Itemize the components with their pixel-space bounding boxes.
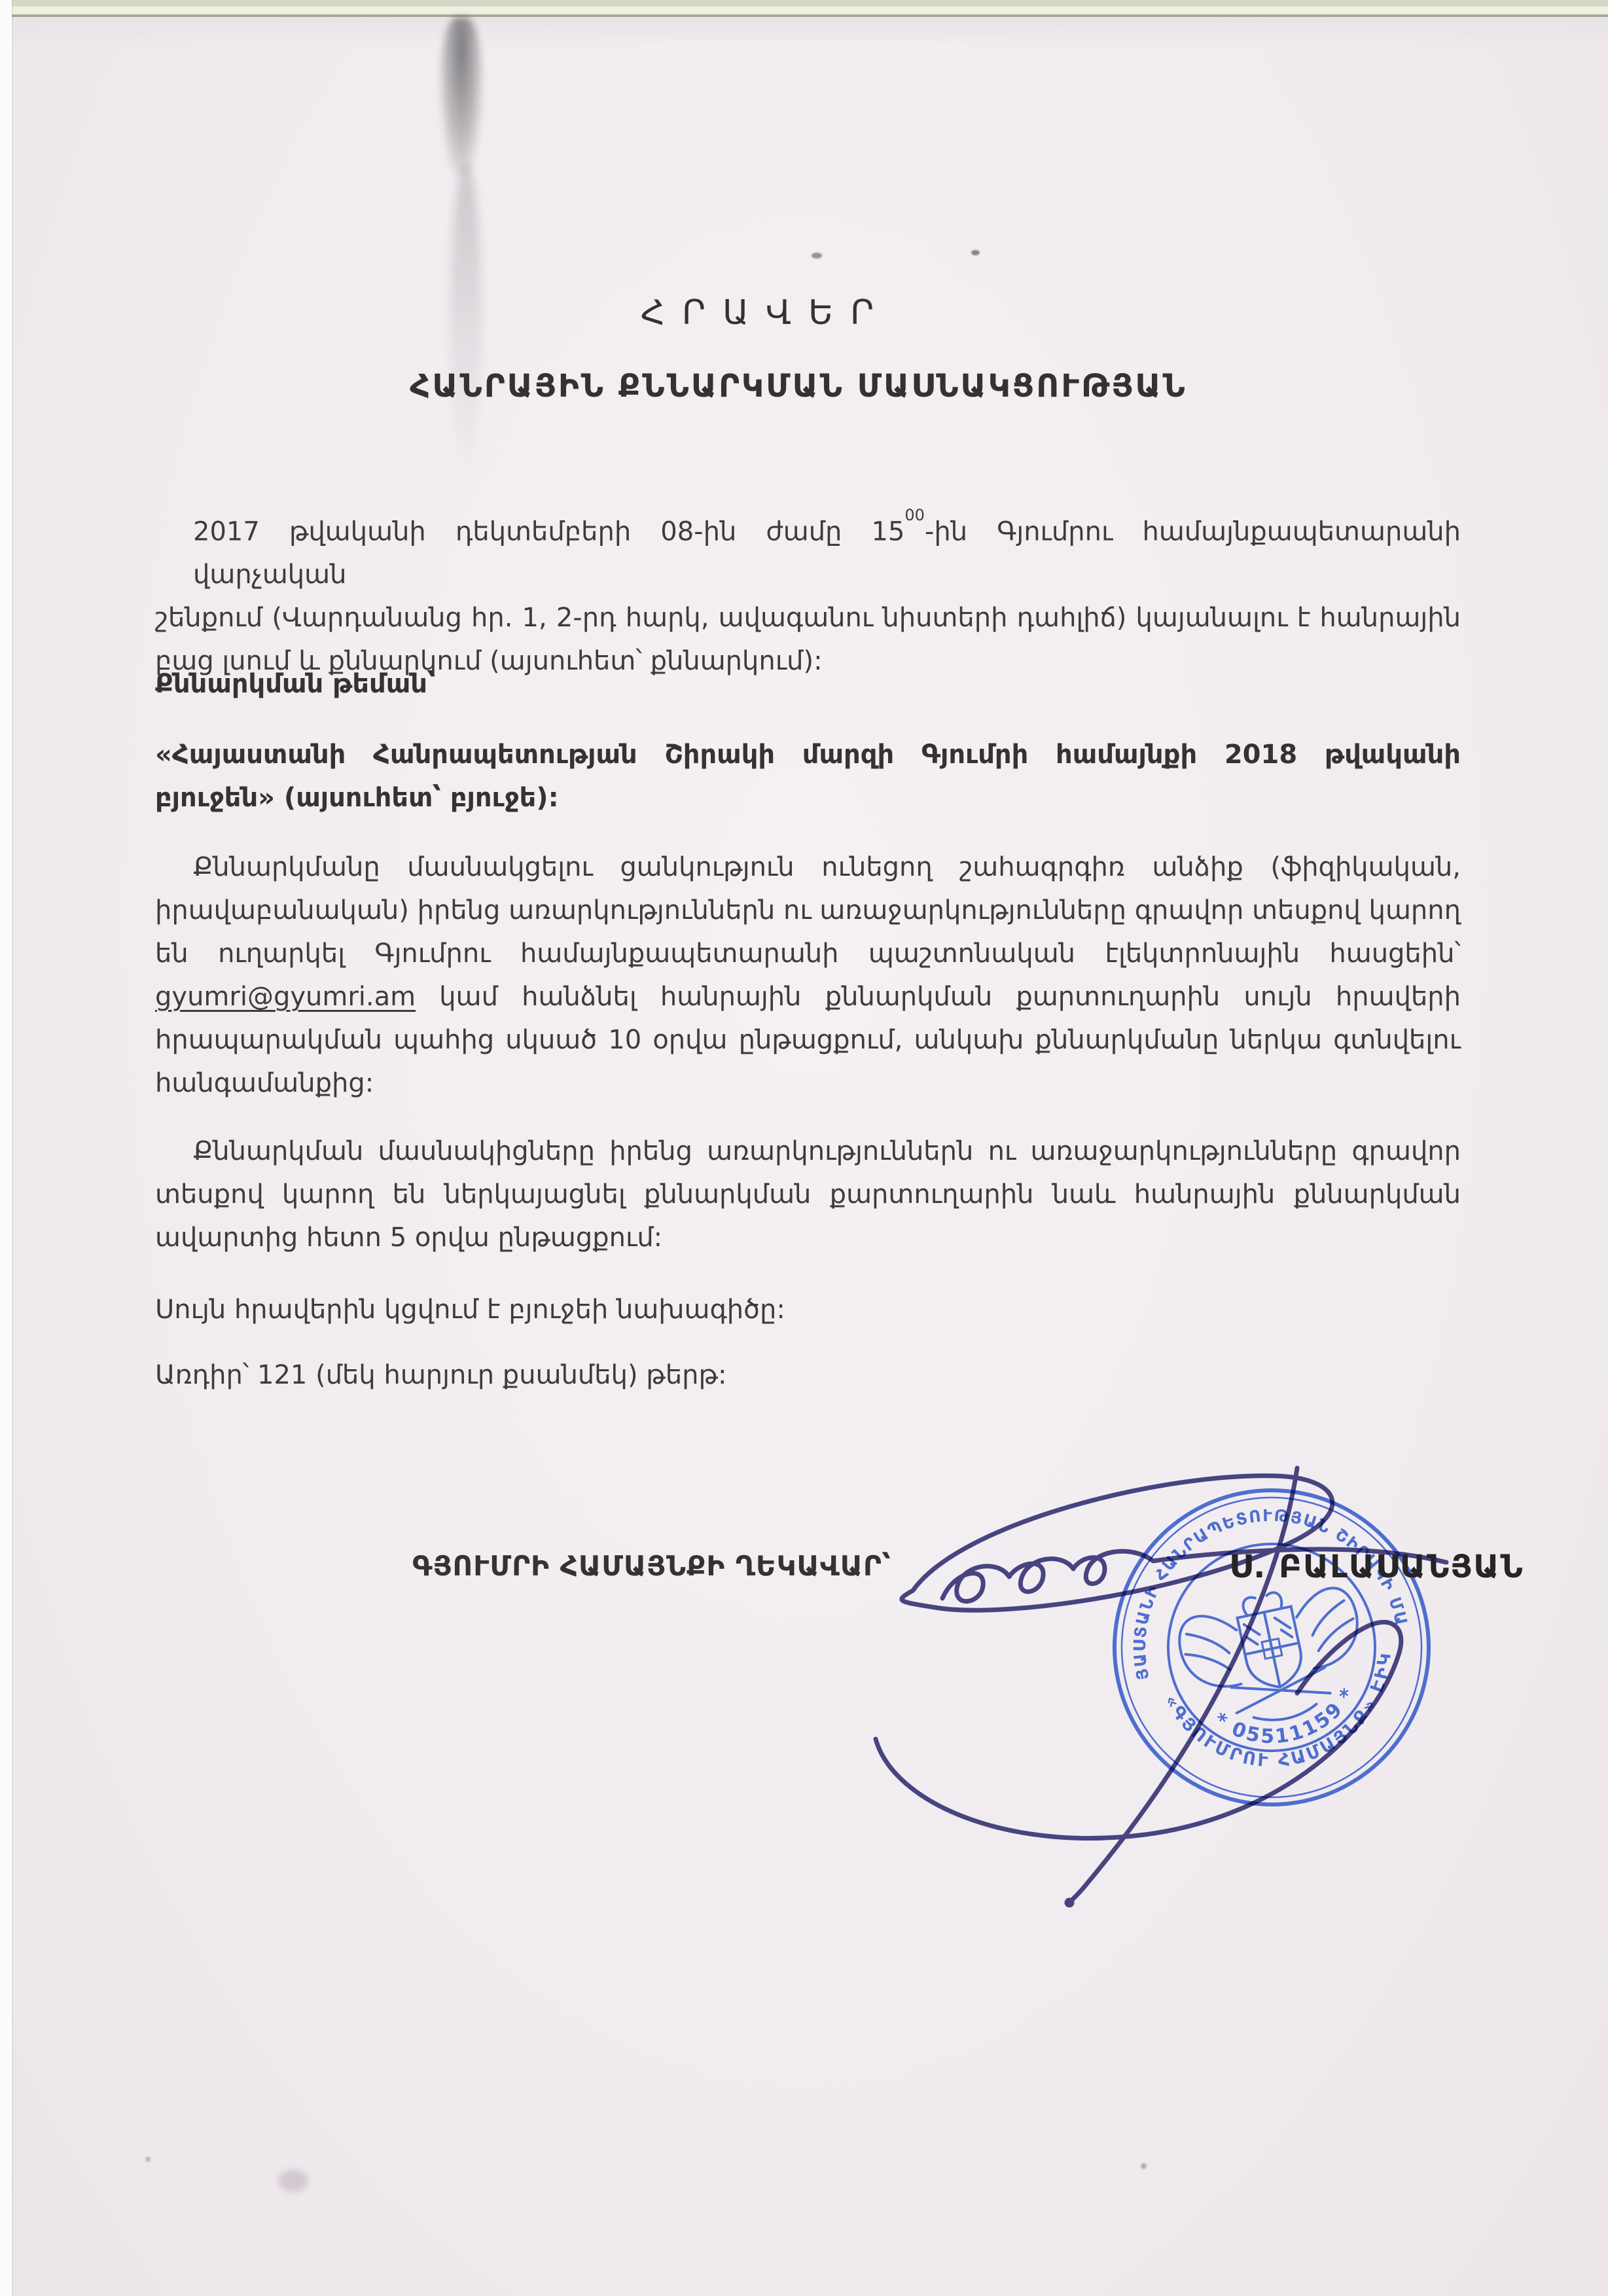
scanner-edge-band	[0, 7, 1608, 14]
signer-name: Ս. ԲԱԼԱՍԱՆՅԱՆ	[1229, 1549, 1524, 1585]
scan-speck	[1141, 2163, 1147, 2169]
text-segment: 2017 թվականի դեկտեմբերի 08-ին ժամը 15	[193, 516, 904, 547]
scan-speck	[278, 2170, 308, 2192]
topic-heading: Քննարկման թեման՝	[155, 662, 1461, 706]
document-title: ՀՐԱՎԵՐ	[0, 293, 1531, 332]
text-line: gyumri@gyumri.am կամ հանձնել հանրային քն…	[155, 975, 1461, 1018]
text-line: Քննարկման մասնակիցները իրենց առարկությու…	[155, 1130, 1461, 1173]
toner-smudge	[440, 17, 483, 174]
scanned-letter-page: ՀՐԱՎԵՐ ՀԱՆՐԱՅԻՆ ՔՆՆԱՐԿՄԱՆ ՄԱՍՆԱԿՑՈՒԹՅԱՆ …	[0, 0, 1608, 2296]
signer-title: ԳՅՈՒՄՐԻ ՀԱՄԱՅՆՔԻ ՂԵԿԱՎԱՐ՝	[412, 1550, 891, 1582]
paragraph-hearing-datetime: 2017 թվականի դեկտեմբերի 08-ին ժամը 1500-…	[155, 504, 1461, 683]
scanner-left-edge	[0, 0, 12, 2296]
text-segment: կամ հանձնել հանրային քննարկման քարտուղար…	[439, 982, 1461, 1012]
text-line: իրավաբանական) իրենց առարկություններն ու …	[155, 889, 1461, 932]
text-line: տեսքով կարող են ներկայացնել քննարկման քա…	[155, 1173, 1461, 1216]
text-line: «Հայաստանի Հանրապետության Շիրակի մարզի Գ…	[155, 733, 1461, 776]
scanner-left-line	[12, 0, 13, 2296]
scanner-edge-shadow	[0, 17, 1608, 47]
attachment-sheets-count: Առդիր՝ 121 (մեկ հարյուր քսանմեկ) թերթ:	[155, 1354, 1461, 1397]
scan-speck	[812, 253, 822, 259]
text-line: հրապարակման պահից սկսած 10 օրվա ընթացքու…	[155, 1018, 1461, 1062]
text-line: շենքում (Վարդանանց հր. 1, 2-րդ հարկ, ավա…	[155, 596, 1461, 639]
signature-scribble	[857, 1437, 1466, 1941]
superscript-hours: 00	[904, 506, 925, 524]
paragraph-budget-title: «Հայաստանի Հանրապետության Շիրակի մարզի Գ…	[155, 733, 1461, 819]
text-line: բյուջեն» (այսուհետ՝ բյուջե):	[155, 776, 1461, 819]
email-link[interactable]: gyumri@gyumri.am	[155, 982, 416, 1012]
text-line: 2017 թվականի դեկտեմբերի 08-ին ժամը 1500-…	[155, 504, 1461, 596]
scan-speck	[145, 2157, 151, 2162]
paragraph-participation-rules: Քննարկմանը մասնակցելու ցանկություն ունեց…	[155, 846, 1461, 1105]
text-line: Քննարկմանը մասնակցելու ցանկություն ունեց…	[155, 846, 1461, 889]
text-line: ավարտից հետո 5 օրվա ընթացքում:	[155, 1216, 1461, 1259]
text-line: են ուղարկել Գյումրու համայնքապետարանի պա…	[155, 932, 1461, 975]
attachment-note: Սույն հրավերին կցվում է բյուջեի նախագիծը…	[155, 1288, 1461, 1331]
paragraph-after-hearing: Քննարկման մասնակիցները իրենց առարկությու…	[155, 1130, 1461, 1259]
document-subtitle: ՀԱՆՐԱՅԻՆ ՔՆՆԱՐԿՄԱՆ ՄԱՍՆԱԿՑՈՒԹՅԱՆ	[0, 368, 1597, 404]
scanner-edge-band	[0, 0, 1608, 7]
text-line: հանգամանքից:	[155, 1062, 1461, 1105]
scan-speck	[971, 250, 980, 255]
